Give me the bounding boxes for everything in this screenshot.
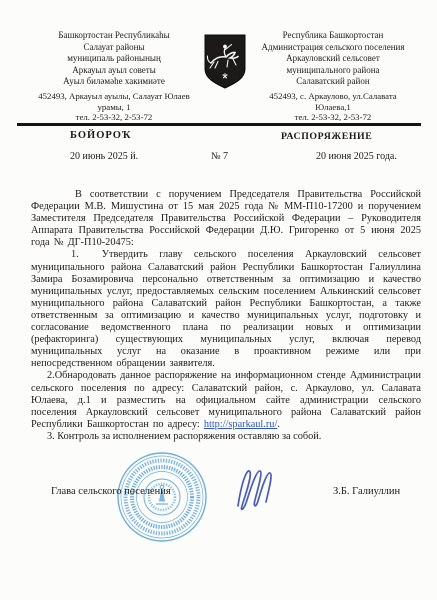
item-3-paragraph: 3. Контроль за исполнением распоряжения …	[31, 431, 421, 443]
document-body: В соответствии с поручением Председателя…	[31, 189, 421, 443]
org-line: Ауыл биләмәһе хакимиәте	[16, 76, 212, 88]
org-line: муниципаль районының	[16, 53, 212, 65]
address-line: тел. 2-53-32, 2-53-72	[16, 112, 212, 123]
date-bashkir: 20 июнь 2025 й.	[70, 151, 138, 162]
header-divider-rule	[17, 123, 421, 126]
org-line: Салаватский район	[241, 76, 425, 88]
scanned-document-page: Башкортостан Республикаһы Салауат районы…	[0, 0, 437, 600]
item-2-period: .	[277, 419, 280, 430]
address-line: урамы, 1	[16, 102, 212, 113]
preamble-paragraph: В соответствии с поручением Председателя…	[31, 189, 421, 249]
website-link[interactable]: http://sparkaul.ru/	[204, 419, 278, 430]
org-line: Салауат районы	[16, 42, 212, 54]
org-line: Администрация сельского поселения	[241, 42, 425, 54]
doc-title-russian: РАСПОРЯЖЕНИЕ	[281, 131, 372, 142]
signer-name: З.Б. Галиуллин	[333, 486, 400, 497]
org-line: муниципального района	[241, 65, 425, 77]
address-bashkir: 452493, Аркауыл ауылы, Салауат Юлаев ура…	[16, 91, 212, 123]
official-stamp-icon	[116, 451, 208, 543]
date-russian: 20 июня 2025 года.	[316, 151, 397, 162]
document-number: № 7	[211, 151, 228, 162]
address-russian: 452493, с. Аркаулово, ул.Салавата Юлаева…	[241, 91, 425, 123]
org-line: Аркауловский сельсовет	[241, 53, 425, 65]
item-2-paragraph: 2.Обнародовать данное распоряжение на ин…	[31, 370, 421, 430]
doc-title-bashkir: БОЙОРОҠ	[70, 130, 132, 141]
address-line: тел. 2-53-32, 2-53-72	[241, 112, 425, 123]
address-line: 452493, с. Аркаулово, ул.Салавата	[241, 91, 425, 102]
header-org-bashkir: Башкортостан Республикаһы Салауат районы…	[16, 30, 212, 88]
address-line: Юлаева,1	[241, 102, 425, 113]
item-1-paragraph: 1. Утвердить главу сельского поселения А…	[31, 249, 421, 370]
address-line: 452493, Аркауыл ауылы, Салауат Юлаев	[16, 91, 212, 102]
org-line: Башкортостан Республикаһы	[16, 30, 212, 42]
header-org-russian: Республика Башкортостан Администрация се…	[241, 30, 425, 88]
org-line: Республика Башкортостан	[241, 30, 425, 42]
handwritten-signature-icon	[231, 461, 283, 515]
org-line: Аркауыл ауыл советы	[16, 65, 212, 77]
